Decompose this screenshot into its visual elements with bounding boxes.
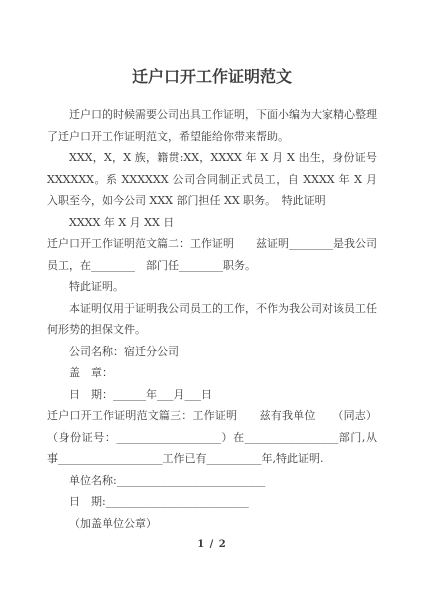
paragraph-template1-date: XXXX 年 X 月 XX 日 — [47, 212, 377, 234]
paragraph-date-line-2: 日 期:__________________________ — [47, 491, 377, 513]
page-number: 1 / 2 — [47, 534, 377, 556]
paragraph-date-line: 日 期：______年___月___日 — [47, 384, 377, 406]
paragraph-seal-note: （加盖单位公章） — [47, 513, 377, 535]
paragraph-seal-line: 盖 章： — [47, 362, 377, 384]
document-page: 迁户口开工作证明范文 迁户口的时候需要公司出具工作证明，下面小编为大家精心整理了… — [0, 0, 423, 600]
paragraph-disclaimer: 本证明仅用于证明我公司员工的工作，不作为我公司对该员工任何形势的担保文件。 — [47, 298, 377, 341]
paragraph-hereby-certify: 特此证明。 — [47, 276, 377, 298]
paragraph-template3-heading-body: 迁户口开工作证明范文篇三：工作证明 兹有我单位 （同志）（身份证号：______… — [47, 405, 377, 470]
paragraph-template1-body: XXX，X，X 族，籍贯:XX，XXXX 年 X 月 X 出生，身份证号 XXX… — [47, 147, 377, 212]
paragraph-intro: 迁户口的时候需要公司出具工作证明，下面小编为大家精心整理了迁户口开工作证明范文，… — [47, 104, 377, 147]
paragraph-unit-name: 单位名称:___________________________ — [47, 470, 377, 492]
paragraph-template2-heading-body: 迁户口开工作证明范文篇二：工作证明 兹证明________是我公司员工，在___… — [47, 233, 377, 276]
paragraph-company-name: 公司名称：宿迁分公司 — [47, 341, 377, 363]
document-title: 迁户口开工作证明范文 — [47, 64, 377, 90]
